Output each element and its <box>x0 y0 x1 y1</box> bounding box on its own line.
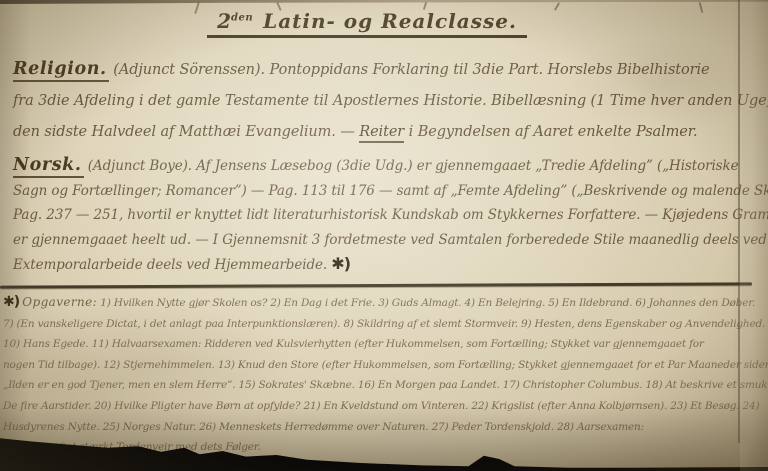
religion-line-3: den sidste Halvdeel af Matthæi Evangeliu… <box>13 117 744 148</box>
footnote-line-1-text: 1) Hvilken Nytte gjør Skolen os? 2) En D… <box>100 297 755 309</box>
religion-line-3b-text: i Begyndelsen af Aaret enkelte Psalmer. <box>409 124 698 140</box>
footnote-label: Opgaverne: <box>22 295 97 309</box>
section-norsk: Norsk. (Adjunct Boye). Af Jensens Læsebo… <box>13 153 744 278</box>
manuscript-page: 2denLatin- og Realclasse. Religion. (Adj… <box>0 0 768 471</box>
norsk-line-1-text: (Adjunct Boye). Af Jensens Læsebog (3die… <box>88 158 739 174</box>
religion-keyword-underlined: Reiter <box>359 124 404 143</box>
title-ordinal-superscript: den <box>231 12 253 23</box>
footnote-line-5: „Ilden er en god Tjener, men en slem Her… <box>3 375 762 396</box>
footnote-line-1: ✱) Opgaverne: 1) Hvilken Nytte gjør Skol… <box>3 292 762 314</box>
norsk-line-4: er gjennemgaaet heelt ud. — I Gjennemsni… <box>13 228 744 253</box>
footnote-divider-rule <box>0 282 752 288</box>
norsk-line-1: Norsk. (Adjunct Boye). Af Jensens Læsebo… <box>13 153 744 179</box>
norsk-line-2: Sagn og Fortællinger; Romancer”) — Pag. … <box>13 179 744 204</box>
religion-line-2: fra 3die Afdeling i det gamle Testamente… <box>13 86 744 117</box>
title-class-number: 2 <box>217 9 231 33</box>
norsk-heading: Norsk. <box>13 155 84 178</box>
footnote-asterisk: ✱) <box>3 294 19 310</box>
religion-heading: Religion. <box>13 59 109 82</box>
footnote-line-6: De fire Aarstider. 20) Hvilke Pligter ha… <box>3 396 762 417</box>
footnote-reference-asterisk: ✱) <box>331 254 350 273</box>
footnote-line-3: 10) Hans Egede. 11) Halvaarsexamen: Ridd… <box>3 334 762 355</box>
page-title-underlined: 2denLatin- og Realclasse. <box>207 9 527 38</box>
page-title: 2denLatin- og Realclasse. <box>0 9 734 38</box>
footnote-line-2: 7) (En vanskeligere Dictat, i det anlagt… <box>3 314 762 335</box>
footnote-line-4: nogen Tid tilbage). 12) Stjernehimmelen.… <box>3 355 762 376</box>
page-top-edge-shadow <box>0 0 768 4</box>
norsk-line-3: Pag. 237 — 251, hvortil er knyttet lidt … <box>13 203 744 228</box>
section-religion: Religion. (Adjunct Sörenssen). Pontoppid… <box>13 54 744 148</box>
footnote-section: ✱) Opgaverne: 1) Hvilken Nytte gjør Skol… <box>3 292 762 458</box>
norsk-line-5-text: Extemporalarbeide deels ved Hjemmearbeid… <box>13 257 327 273</box>
religion-line-1: Religion. (Adjunct Sörenssen). Pontoppid… <box>13 54 744 86</box>
right-page-crease <box>738 0 740 443</box>
religion-line-3a-text: den sidste Halvdeel af Matthæi Evangeliu… <box>13 124 355 140</box>
footnote-line-7: Husdyrenes Nytte. 25) Norges Natur. 26) … <box>3 417 762 438</box>
title-text: Latin- og Realclasse. <box>263 9 517 33</box>
religion-line-1-text: (Adjunct Sörenssen). Pontoppidans Forkla… <box>113 62 709 78</box>
norsk-line-5: Extemporalarbeide deels ved Hjemmearbeid… <box>13 252 744 278</box>
